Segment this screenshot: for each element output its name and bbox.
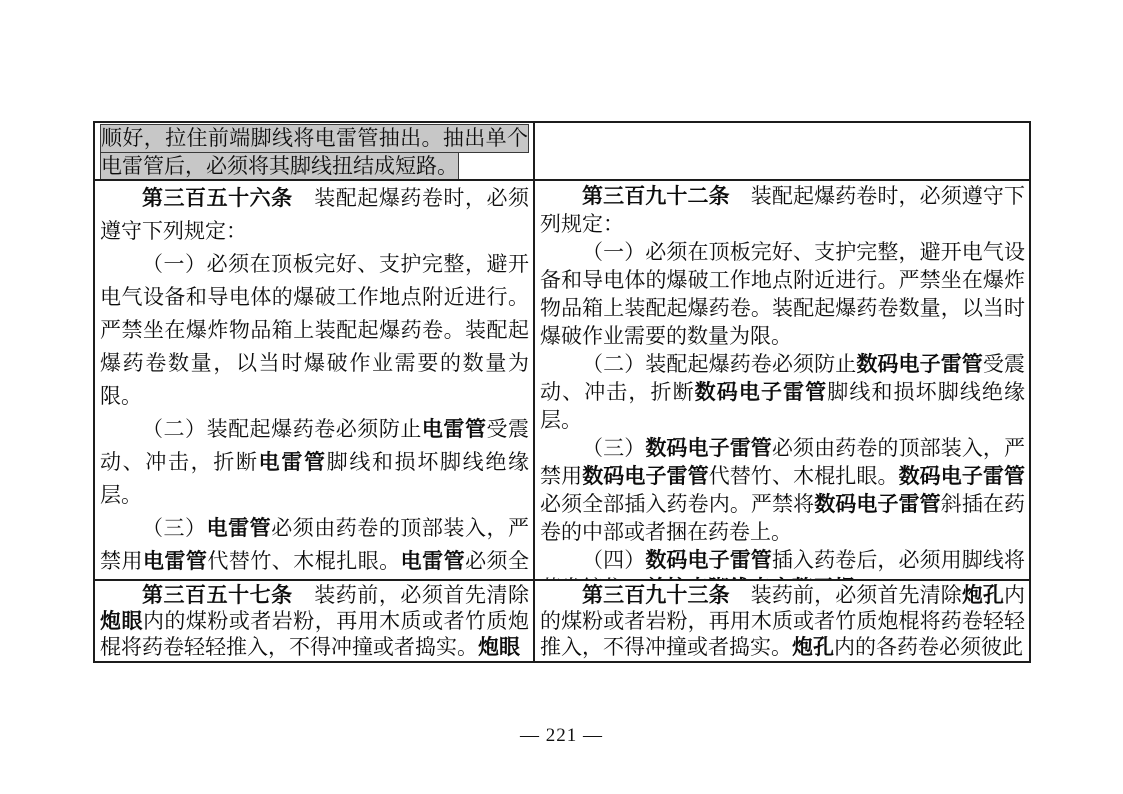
bold-text-run: 炮孔 [962,583,1004,607]
text-run: 装药前，必须首先清除 [293,583,529,607]
bold-text-run: 数码电子雷管 [899,464,1025,488]
bold-text-run: 数码电子雷管 [814,492,941,516]
paragraph: （三）电雷管必须由药卷的顶部装入，严禁用电雷管代替竹、木棍扎眼。电雷管必须全部插… [100,512,529,579]
text-run: （二）装配起爆药卷必须防止 [142,417,422,441]
table-row: 顺好，拉住前端脚线将电雷管抽出。抽出单个电雷管后，必须将其脚线扭结成短路。 [95,123,1029,181]
text-run: 内的各药卷必须彼此 [834,635,1023,659]
table-row: 第三百五十六条 装配起爆药卷时，必须遵守下列规定：（一）必须在顶板完好、支护完整… [95,181,1029,581]
paragraph: （三）数码电子雷管必须由药卷的顶部装入，严禁用数码电子雷管代替竹、木棍扎眼。数码… [540,434,1025,546]
page-number: — 221 — [0,725,1123,747]
regulation-comparison-table: 顺好，拉住前端脚线将电雷管抽出。抽出单个电雷管后，必须将其脚线扭结成短路。 第三… [93,121,1031,663]
text-run: 必须全部插入药卷内。严禁将 [540,492,814,516]
bold-text-run: 第三百五十六条 [142,186,293,210]
bold-text-run: 第三百九十三条 [582,583,730,607]
text-run: （三） [582,436,645,460]
paragraph: （一）必须在顶板完好、支护完整，避开电气设备和导电体的爆破工作地点附近进行。严禁… [540,238,1025,350]
bold-text-run: 电雷管 [259,450,327,474]
bold-text-run: 炮孔 [792,635,834,659]
bold-text-run: 第三百九十二条 [582,184,730,208]
paragraph: （二）装配起爆药卷必须防止数码电子雷管受震动、冲击，折断数码电子雷管脚线和损坏脚… [540,350,1025,434]
document-page: 顺好，拉住前端脚线将电雷管抽出。抽出单个电雷管后，必须将其脚线扭结成短路。 第三… [0,0,1123,794]
paragraph: （二）装配起爆药卷必须防止电雷管受震动、冲击，折断电雷管脚线和损坏脚线绝缘层。 [100,413,529,512]
text-run: 代替竹、木棍扎眼。 [709,464,899,488]
text-run: 内的煤粉或者岩粉，再用木质或者竹质炮棍将药卷轻轻推入，不得冲撞或者捣实。 [100,609,529,659]
table-row: 第三百五十七条 装药前，必须首先清除炮眼内的煤粉或者岩粉，再用木质或者竹质炮棍将… [95,581,1029,661]
bold-text-run: 炮眼 [478,635,520,659]
paragraph: 顺好，拉住前端脚线将电雷管抽出。抽出单个电雷管后，必须将其脚线扭结成短路。 [100,124,529,179]
paragraph: 第三百五十七条 装药前，必须首先清除炮眼内的煤粉或者岩粉，再用木质或者竹质炮棍将… [100,582,529,660]
cell-carryover-new [535,123,1029,179]
cell-article-393-new: 第三百九十三条 装药前，必须首先清除炮孔内的煤粉或者岩粉，再用木质或者竹质炮棍将… [535,581,1029,661]
bold-text-run: 数码电子雷管 [695,380,828,404]
paragraph: （四）数码电子雷管插入药卷后，必须用脚线将药卷缠住，并核查脚线夹完整无损。 [540,546,1025,579]
text-run: （三） [142,516,207,540]
paragraph: 第三百九十三条 装药前，必须首先清除炮孔内的煤粉或者岩粉，再用木质或者竹质炮棍将… [540,582,1025,660]
text-run: （二）装配起爆药卷必须防止 [582,352,856,376]
paragraph: （一）必须在顶板完好、支护完整，避开电气设备和导电体的爆破工作地点附近进行。严禁… [100,248,529,413]
text-run: （一）必须在顶板完好、支护完整，避开电气设备和导电体的爆破工作地点附近进行。严禁… [540,240,1025,348]
highlighted-text-run: 顺好，拉住前端脚线将电雷管抽出。抽出单个电雷管后，必须将其脚线扭结成短路。 [100,124,529,179]
text-run: 装药前，必须首先清除 [730,583,962,607]
paragraph: 第三百九十二条 装配起爆药卷时，必须遵守下列规定： [540,182,1025,238]
bold-text-run: 电雷管 [422,417,487,441]
bold-text-run: 并核查脚线夹完整无损。 [645,576,876,579]
cell-article-356-old: 第三百五十六条 装配起爆药卷时，必须遵守下列规定：（一）必须在顶板完好、支护完整… [95,181,535,579]
bold-text-run: 数码电子雷管 [582,464,709,488]
bold-text-run: 数码电子雷管 [645,548,772,572]
bold-text-run: 数码电子雷管 [645,436,772,460]
bold-text-run: 电雷管 [401,549,465,573]
bold-text-run: 电雷管 [207,516,272,540]
cell-carryover-old: 顺好，拉住前端脚线将电雷管抽出。抽出单个电雷管后，必须将其脚线扭结成短路。 [95,123,535,179]
text-run: （四） [582,548,645,572]
paragraph: 第三百五十六条 装配起爆药卷时，必须遵守下列规定： [100,182,529,248]
text-run: 代替竹、木棍扎眼。 [207,549,400,573]
cell-article-357-old: 第三百五十七条 装药前，必须首先清除炮眼内的煤粉或者岩粉，再用木质或者竹质炮棍将… [95,581,535,661]
bold-text-run: 电雷管 [143,549,207,573]
cell-article-392-new: 第三百九十二条 装配起爆药卷时，必须遵守下列规定：（一）必须在顶板完好、支护完整… [535,181,1029,579]
bold-text-run: 数码电子雷管 [856,352,983,376]
text-run: （一）必须在顶板完好、支护完整，避开电气设备和导电体的爆破工作地点附近进行。严禁… [100,252,529,408]
bold-text-run: 第三百五十七条 [142,583,293,607]
bold-text-run: 炮眼 [100,609,143,633]
